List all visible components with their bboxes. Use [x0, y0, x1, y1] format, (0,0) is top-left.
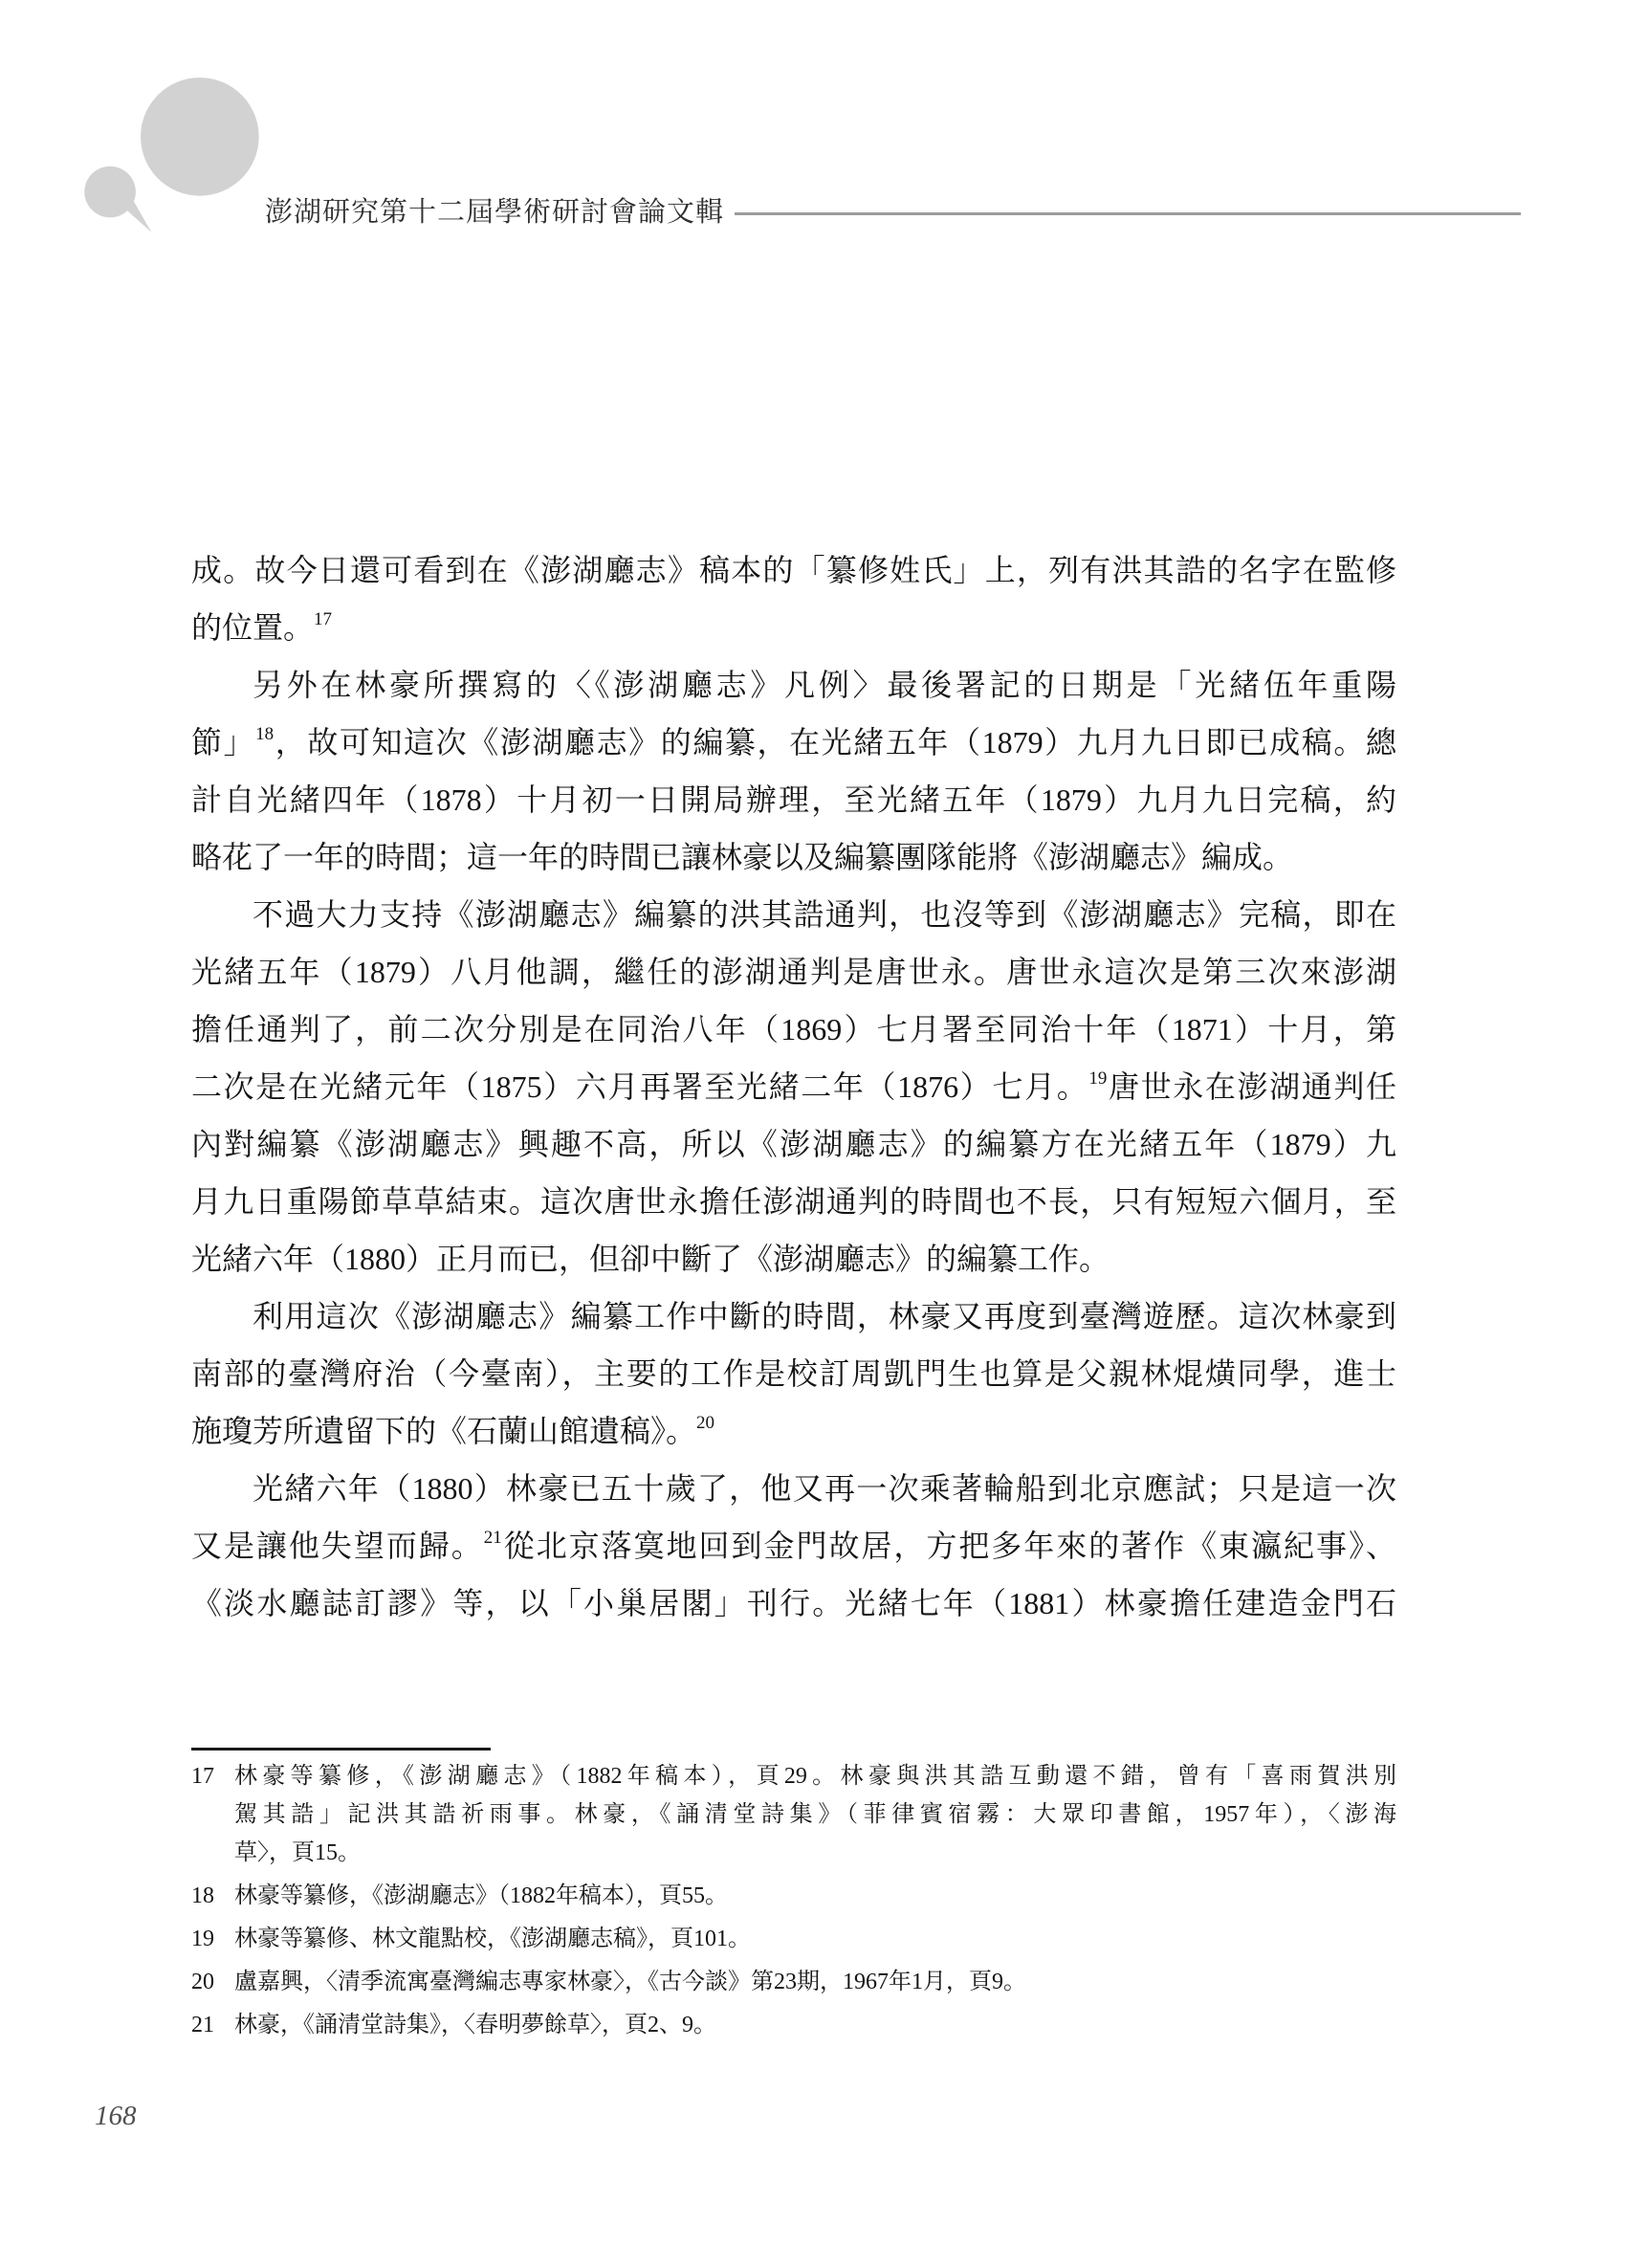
footnote-number: 21 — [191, 2006, 234, 2044]
body-line: 成。故今日還可看到在《澎湖廳志》稿本的「纂修姓氏」上，列有洪其誥的名字在監修 — [191, 541, 1396, 599]
body-line: 南部的臺灣府治（今臺南），主要的工作是校訂周凱門生也算是父親林焜熿同學，進士 — [191, 1345, 1396, 1402]
body-line: 擔任通判了，前二次分別是在同治八年（1869）七月署至同治十年（1871）十月，… — [191, 1001, 1396, 1058]
footnote-line: 林豪等纂修，《澎湖廳志》（1882年稿本），頁55。 — [234, 1877, 1396, 1915]
body-line: 計自光緒四年（1878）十月初一日開局辦理，至光緒五年（1879）九月九日完稿，… — [191, 771, 1396, 828]
page-number: 168 — [95, 2101, 137, 2132]
footnote-ref: 19 — [1088, 1068, 1107, 1089]
footnote-text: 林豪，《誦清堂詩集》，〈春明夢餘草〉，頁2、9。 — [234, 2006, 1396, 2044]
body: 成。故今日還可看到在《澎湖廳志》稿本的「纂修姓氏」上，列有洪其誥的名字在監修的位… — [191, 541, 1396, 1632]
footnote-number: 19 — [191, 1920, 234, 1958]
body-line: 不過大力支持《澎湖廳志》編纂的洪其誥通判，也沒等到《澎湖廳志》完稿，即在 — [191, 886, 1396, 943]
footnote-ref: 20 — [696, 1413, 714, 1433]
footnote-line: 盧嘉興，〈清季流寓臺灣編志專家林豪〉，《古今談》第23期，1967年1月，頁9。 — [234, 1963, 1396, 2001]
footnote-ref: 18 — [255, 724, 274, 744]
body-line: 又是讓他失望而歸。21從北京落寞地回到金門故居，方把多年來的著作《東瀛紀事》、 — [191, 1517, 1396, 1574]
footnote-line: 林豪等纂修，《澎湖廳志》（1882年稿本），頁29。林豪與洪其誥互動還不錯，曾有… — [234, 1757, 1396, 1795]
footnote-number: 18 — [191, 1877, 234, 1915]
body-line: 內對編纂《澎湖廳志》興趣不高，所以《澎湖廳志》的編纂方在光緒五年（1879）九 — [191, 1115, 1396, 1173]
footnote-line: 林豪等纂修、林文龍點校，《澎湖廳志稿》，頁101。 — [234, 1920, 1396, 1958]
body-line: 光緒六年（1880）林豪已五十歲了，他又再一次乘著輪船到北京應試；只是這一次 — [191, 1460, 1396, 1517]
body-line: 月九日重陽節草草結束。這次唐世永擔任澎湖通判的時間也不長，只有短短六個月，至 — [191, 1173, 1396, 1230]
footnote-text: 盧嘉興，〈清季流寓臺灣編志專家林豪〉，《古今談》第23期，1967年1月，頁9。 — [234, 1963, 1396, 2001]
footnote-item: 17林豪等纂修，《澎湖廳志》（1882年稿本），頁29。林豪與洪其誥互動還不錯，… — [191, 1757, 1396, 1872]
body-line: 光緒六年（1880）正月而已，但卻中斷了《澎湖廳志》的編纂工作。 — [191, 1230, 1396, 1288]
footnote-number: 20 — [191, 1963, 234, 2001]
body-paragraph: 光緒六年（1880）林豪已五十歲了，他又再一次乘著輪船到北京應試；只是這一次又是… — [191, 1460, 1396, 1632]
footnote-ref: 17 — [314, 609, 332, 629]
footnote-line: 駕其誥」記洪其誥祈雨事。林豪，《誦清堂詩集》（菲律賓宿霧：大眾印書館，1957年… — [234, 1795, 1396, 1834]
footnote-line: 林豪，《誦清堂詩集》，〈春明夢餘草〉，頁2、9。 — [234, 2006, 1396, 2044]
footnote-text: 林豪等纂修，《澎湖廳志》（1882年稿本），頁55。 — [234, 1877, 1396, 1915]
body-paragraph: 不過大力支持《澎湖廳志》編纂的洪其誥通判，也沒等到《澎湖廳志》完稿，即在光緒五年… — [191, 886, 1396, 1288]
footnote-text: 林豪等纂修，《澎湖廳志》（1882年稿本），頁29。林豪與洪其誥互動還不錯，曾有… — [234, 1757, 1396, 1872]
footnote-item: 19林豪等纂修、林文龍點校，《澎湖廳志稿》，頁101。 — [191, 1920, 1396, 1958]
body-line: 另外在林豪所撰寫的〈《澎湖廳志》凡例〉最後署記的日期是「光緒伍年重陽 — [191, 656, 1396, 714]
body-line: 《淡水廳誌訂謬》等，以「小巢居閣」刊行。光緒七年（1881）林豪擔任建造金門石 — [191, 1574, 1396, 1632]
body-line: 二次是在光緒元年（1875）六月再署至光緒二年（1876）七月。19唐世永在澎湖… — [191, 1058, 1396, 1115]
body-line: 光緒五年（1879）八月他調，繼任的澎湖通判是唐世永。唐世永這次是第三次來澎湖 — [191, 943, 1396, 1001]
series-title: 澎湖研究第十二屆學術研討會論文輯 — [265, 194, 724, 231]
body-line: 的位置。17 — [191, 599, 1396, 656]
body-paragraph: 另外在林豪所撰寫的〈《澎湖廳志》凡例〉最後署記的日期是「光緒伍年重陽節」18，故… — [191, 656, 1396, 886]
footnote-text: 林豪等纂修、林文龍點校，《澎湖廳志稿》，頁101。 — [234, 1920, 1396, 1958]
footnote-item: 21林豪，《誦清堂詩集》，〈春明夢餘草〉，頁2、9。 — [191, 2006, 1396, 2044]
body-line: 施瓊芳所遺留下的《石蘭山館遺稿》。20 — [191, 1402, 1396, 1460]
body-paragraph: 成。故今日還可看到在《澎湖廳志》稿本的「纂修姓氏」上，列有洪其誥的名字在監修的位… — [191, 541, 1396, 656]
footnote-item: 20盧嘉興，〈清季流寓臺灣編志專家林豪〉，《古今談》第23期，1967年1月，頁… — [191, 1963, 1396, 2001]
body-line: 利用這次《澎湖廳志》編纂工作中斷的時間，林豪又再度到臺灣遊歷。這次林豪到 — [191, 1288, 1396, 1345]
body-line: 節」18，故可知這次《澎湖廳志》的編纂，在光緒五年（1879）九月九日即已成稿。… — [191, 714, 1396, 771]
logo-big-circle — [141, 77, 259, 196]
footnote-number: 17 — [191, 1757, 234, 1872]
footnote-ref: 21 — [484, 1528, 502, 1548]
footnotes: 17林豪等纂修，《澎湖廳志》（1882年稿本），頁29。林豪與洪其誥互動還不錯，… — [191, 1757, 1396, 2049]
page: 澎湖研究第十二屆學術研討會論文輯 成。故今日還可看到在《澎湖廳志》稿本的「纂修姓… — [0, 0, 1626, 2268]
header-rule — [735, 212, 1521, 215]
body-paragraph: 利用這次《澎湖廳志》編纂工作中斷的時間，林豪又再度到臺灣遊歷。這次林豪到南部的臺… — [191, 1288, 1396, 1460]
footnote-line: 草〉，頁15。 — [234, 1834, 1396, 1872]
footnote-separator — [191, 1748, 491, 1751]
footnote-item: 18林豪等纂修，《澎湖廳志》（1882年稿本），頁55。 — [191, 1877, 1396, 1915]
speech-bubble-logo-icon — [77, 75, 268, 237]
body-line: 略花了一年的時間；這一年的時間已讓林豪以及編纂團隊能將《澎湖廳志》編成。 — [191, 828, 1396, 886]
